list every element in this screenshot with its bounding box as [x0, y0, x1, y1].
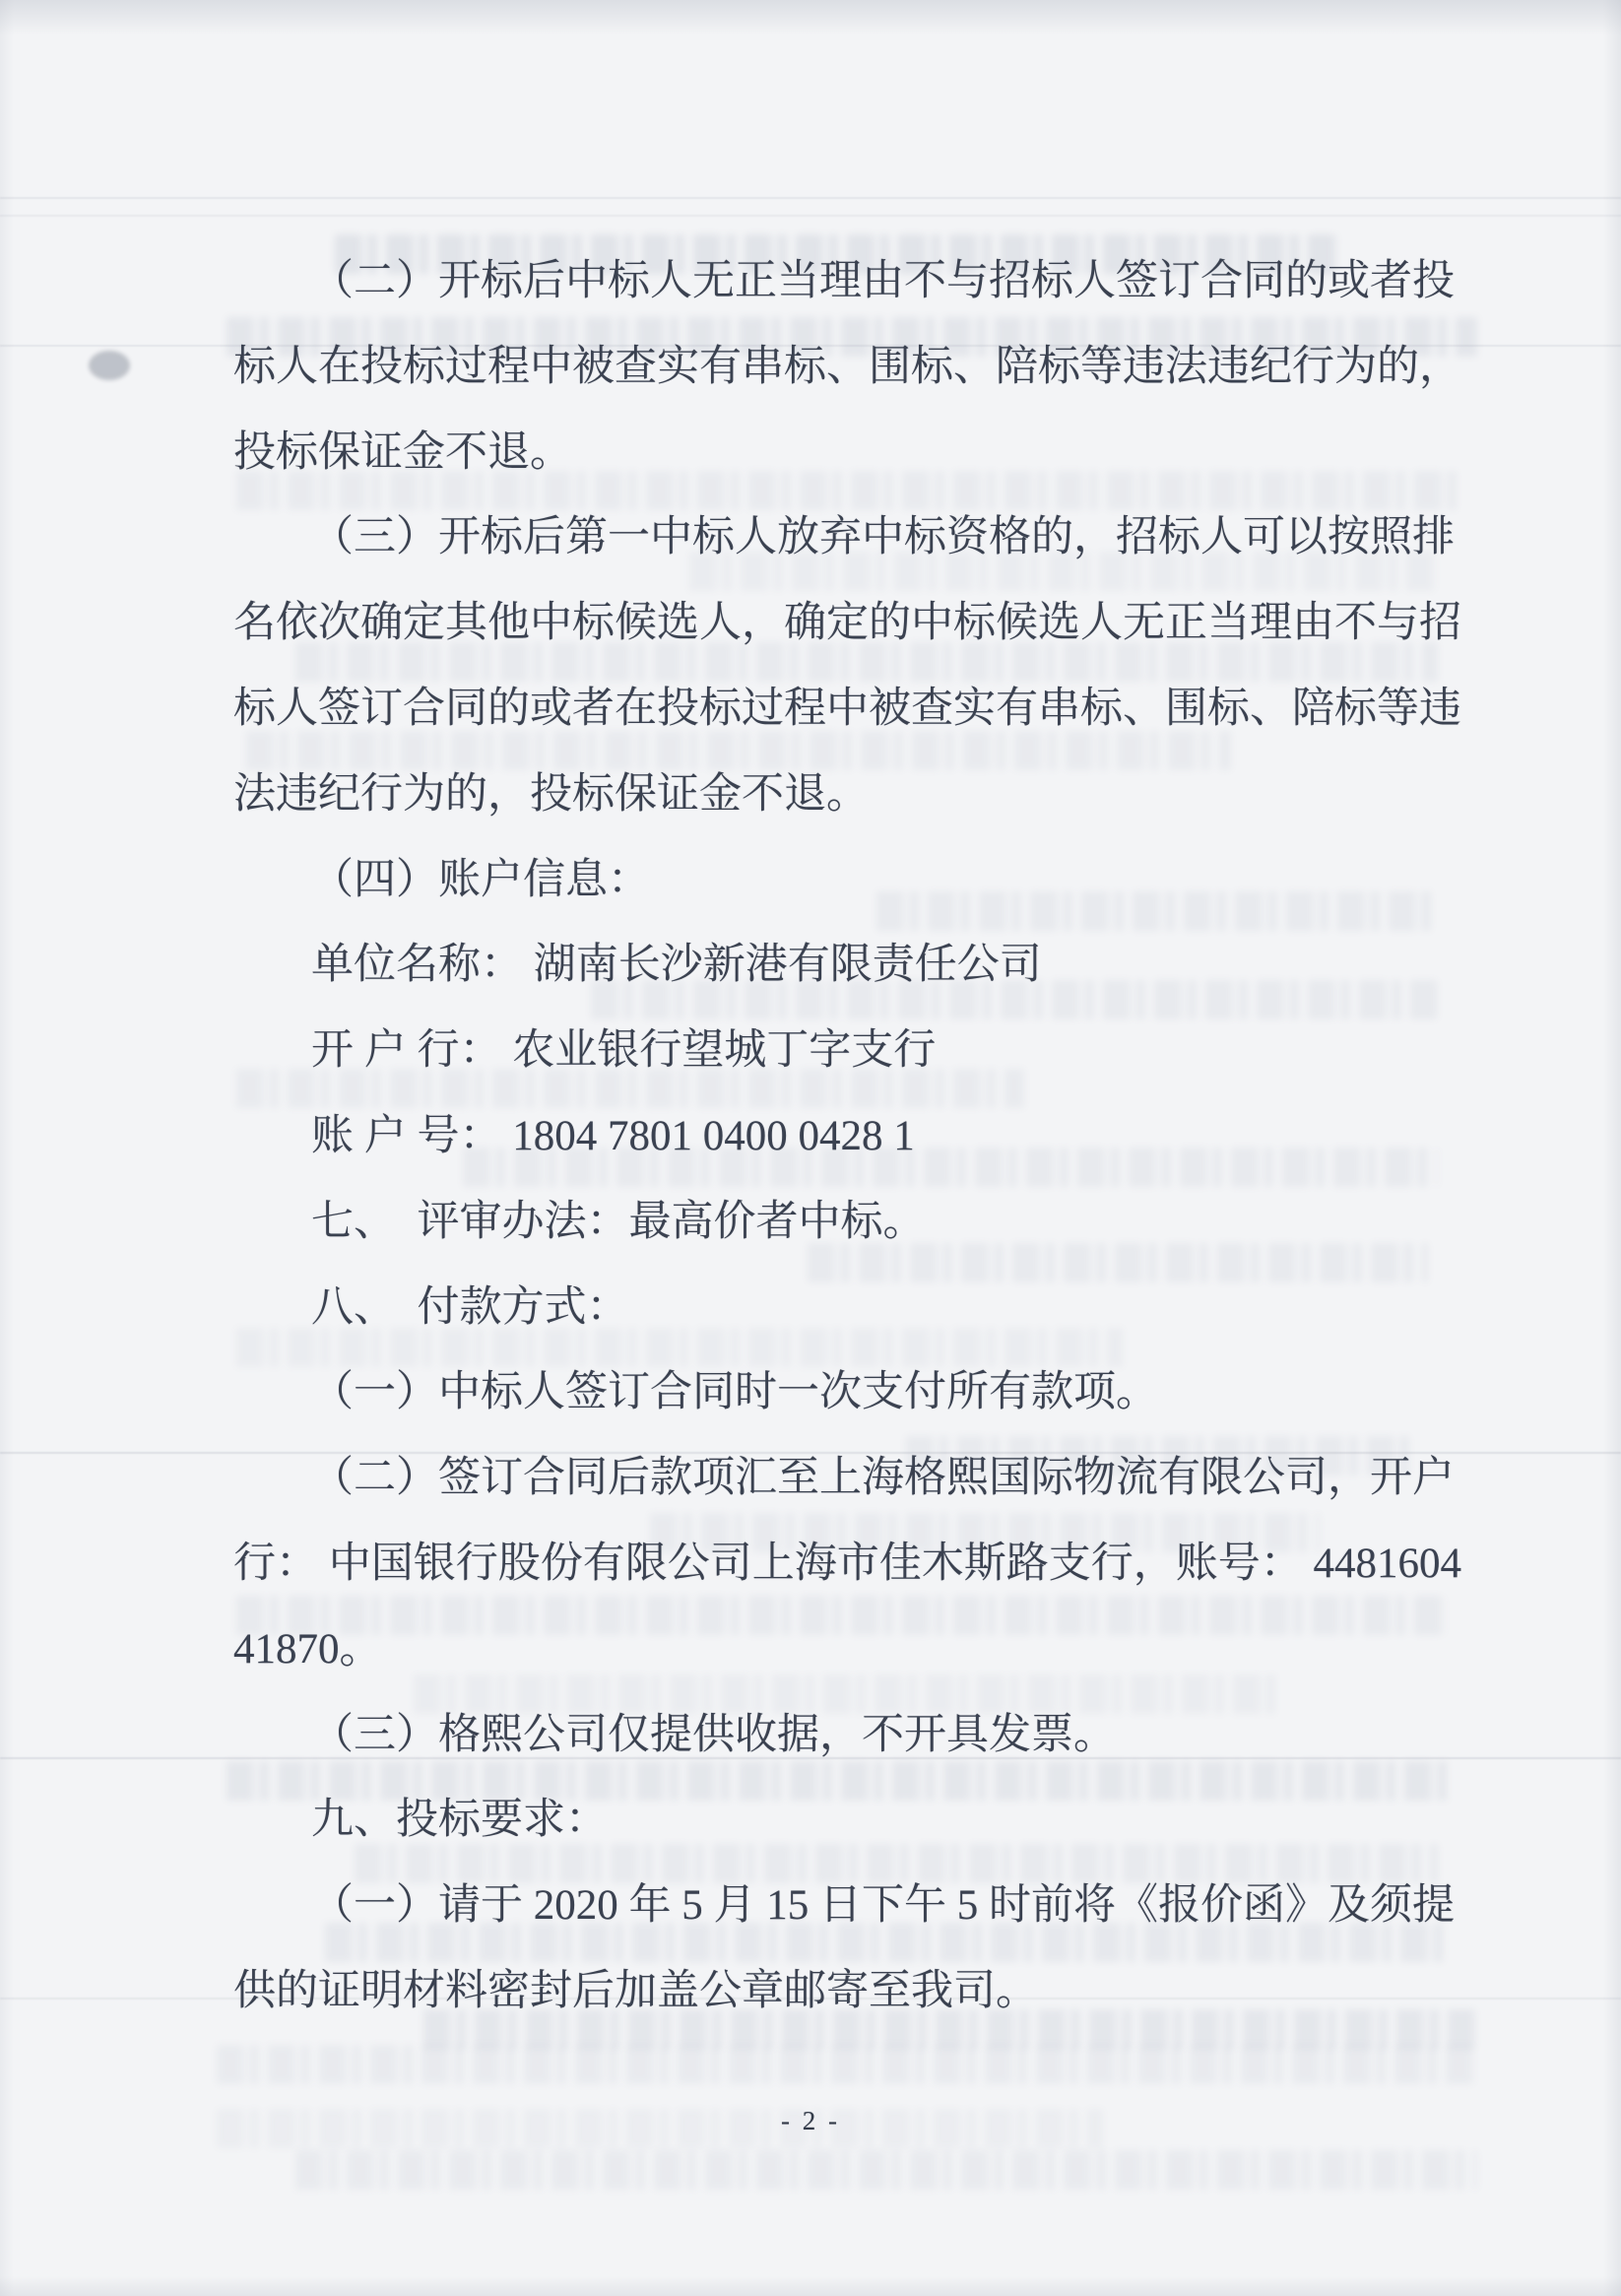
document-line: 法违纪行为的，投标保证金不退。	[233, 753, 1476, 838]
document-line: 标人签订合同的或者在投标过程中被查实有串标、围标、陪标等违	[233, 667, 1476, 753]
bleed-through-artifact	[217, 2045, 1477, 2084]
document-line: （一）中标人签订合同时一次支付所有款项。	[233, 1350, 1476, 1436]
document-line: 单位名称： 湖南长沙新港有限责任公司	[233, 923, 1476, 1009]
document-line: （二）开标后中标人无正当理由不与招标人签订合同的或者投	[233, 239, 1476, 325]
document-line: （三）开标后第一中标人放弃中标资格的，招标人可以按照排	[233, 495, 1476, 581]
document-line: 账 户 号： 1804 7801 0400 0428 1	[233, 1094, 1476, 1180]
document-line: 投标保证金不退。	[233, 411, 1476, 496]
document-line: （四）账户信息：	[233, 838, 1476, 924]
document-line: 行： 中国银行股份有限公司上海市佳木斯路支行，账号： 4481604	[233, 1522, 1476, 1607]
bleed-through-artifact	[295, 2150, 1477, 2190]
scan-line-artifact	[0, 215, 1621, 217]
scan-edge-shadow-bottom	[0, 2276, 1621, 2296]
scanned-document-page: （二）开标后中标人无正当理由不与招标人签订合同的或者投 标人在投标过程中被查实有…	[0, 0, 1621, 2296]
scan-smudge	[89, 351, 130, 380]
document-line: （三）格熙公司仅提供收据，不开具发票。	[233, 1693, 1476, 1779]
scan-edge-shadow-top	[0, 0, 1621, 35]
document-line: 名依次确定其他中标候选人，确定的中标候选人无正当理由不与招	[233, 581, 1476, 667]
document-line: 标人在投标过程中被查实有串标、围标、陪标等违法违纪行为的，	[233, 325, 1476, 411]
document-line: 41870。	[233, 1607, 1476, 1693]
document-body: （二）开标后中标人无正当理由不与招标人签订合同的或者投 标人在投标过程中被查实有…	[233, 239, 1476, 2035]
document-line: （二）签订合同后款项汇至上海格熙国际物流有限公司，开户	[233, 1436, 1476, 1522]
document-line: 七、 评审办法：最高价者中标。	[233, 1180, 1476, 1266]
scan-line-artifact	[0, 197, 1621, 199]
page-number: - 2 -	[0, 2106, 1621, 2136]
document-line: 九、投标要求：	[233, 1778, 1476, 1864]
document-line: 供的证明材料密封后加盖公章邮寄至我司。	[233, 1949, 1476, 2035]
document-line: （一）请于 2020 年 5 月 15 日下午 5 时前将《报价函》及须提	[233, 1864, 1476, 1949]
document-line: 八、 付款方式：	[233, 1266, 1476, 1351]
document-line: 开 户 行： 农业银行望城丁字支行	[233, 1009, 1476, 1094]
